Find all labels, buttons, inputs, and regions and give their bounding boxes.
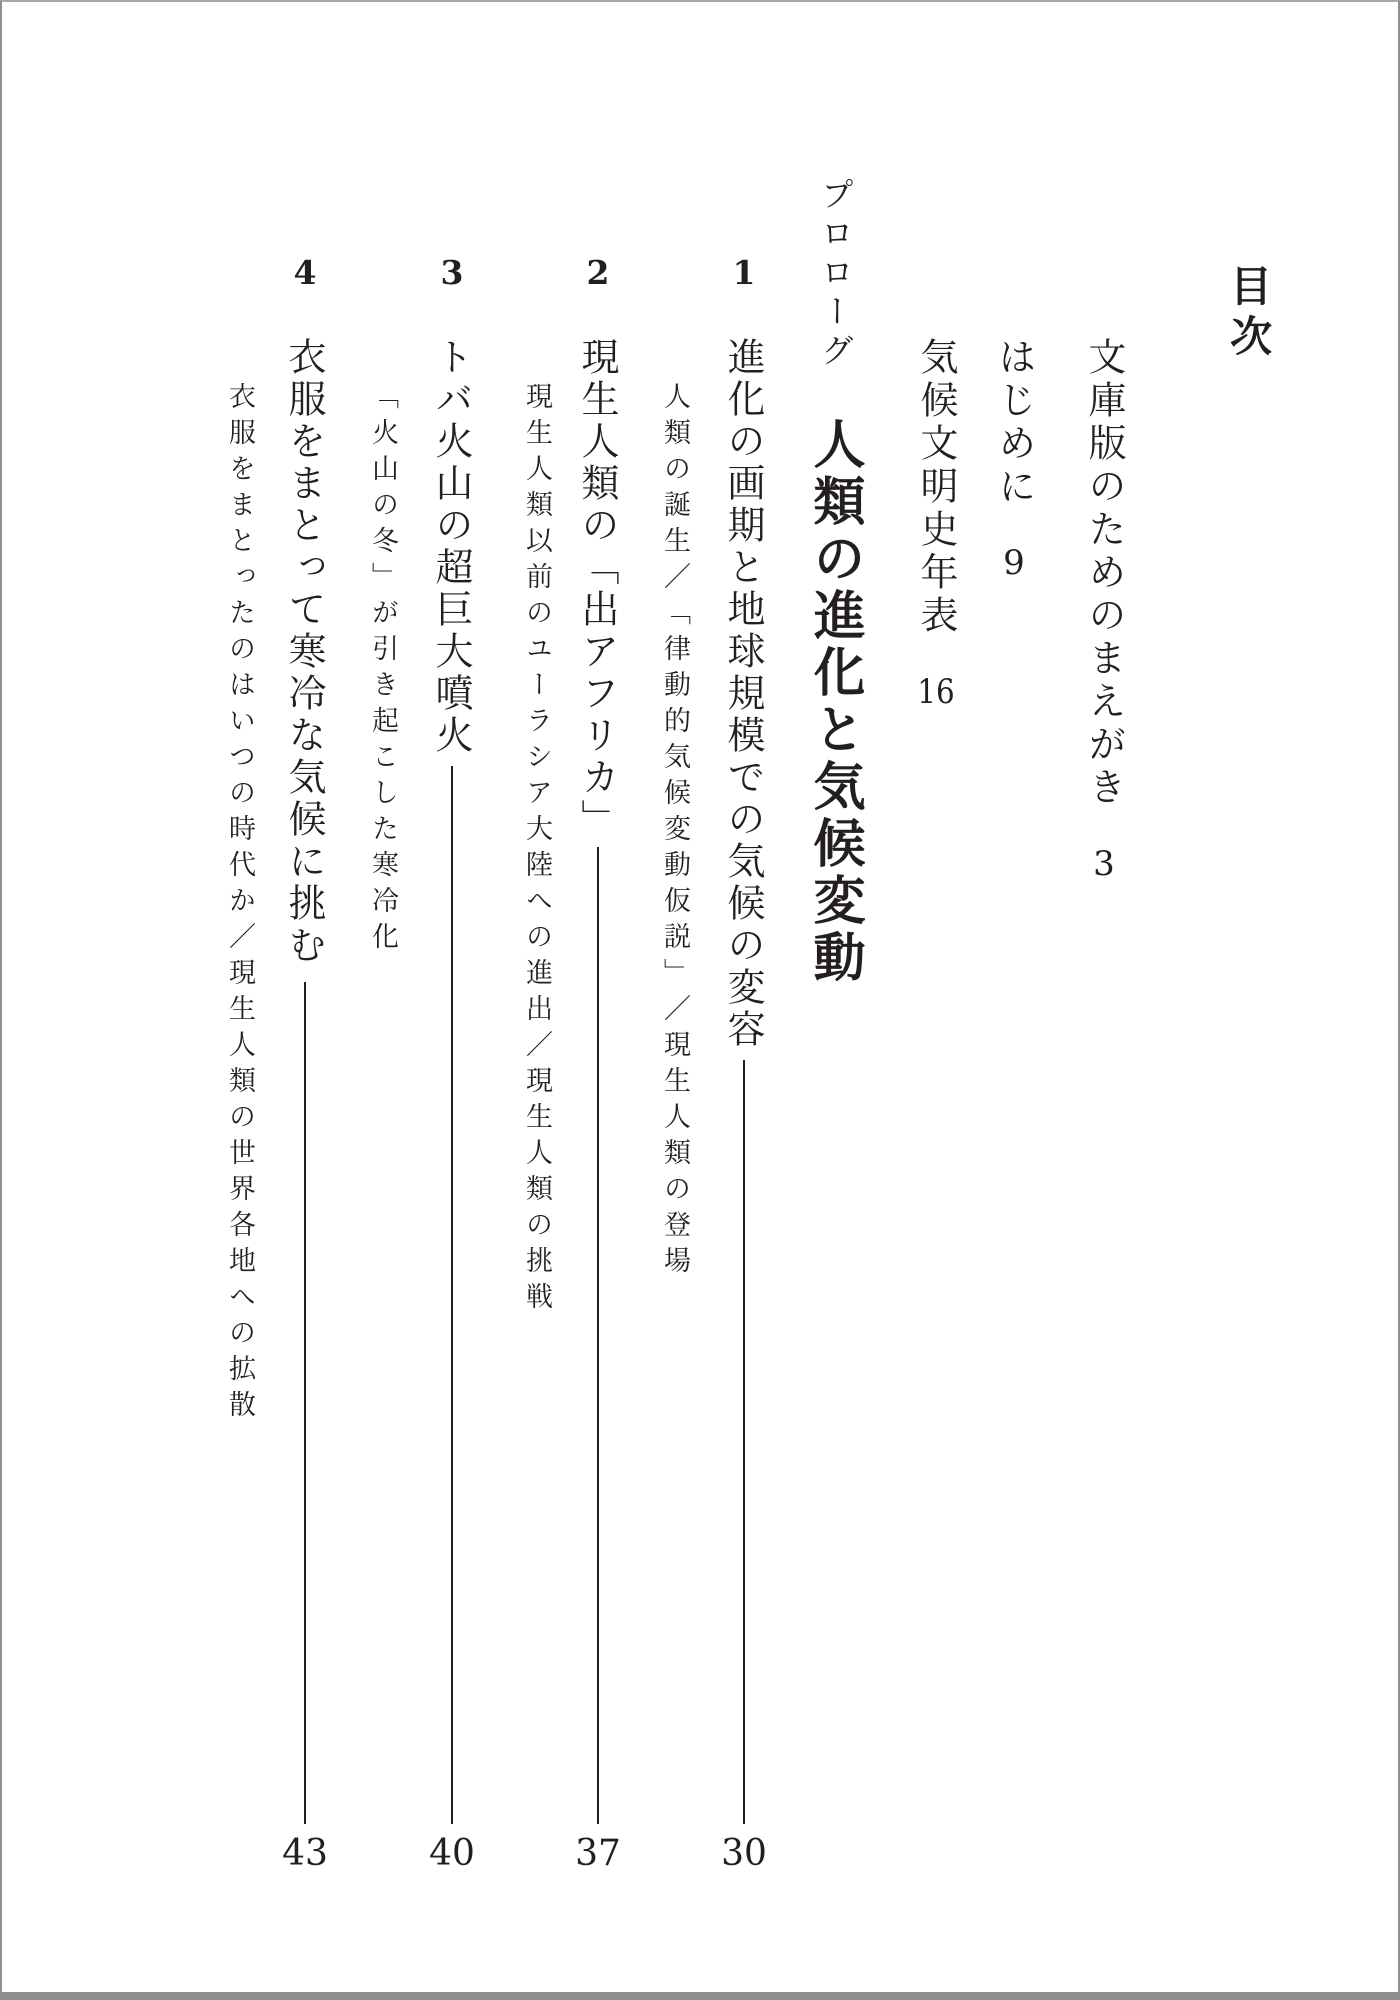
toc-entry-label: はじめに xyxy=(992,337,1036,509)
page-number: 16 xyxy=(916,675,956,709)
page-number: 40 xyxy=(407,1836,497,1872)
section-subtitle: 「火山の冬」が引き起こした寒冷化 xyxy=(369,382,396,958)
section-number: 2 xyxy=(558,256,638,289)
page-number: 30 xyxy=(699,1836,789,1872)
page-number: 37 xyxy=(553,1836,643,1872)
toc-title: 目次 xyxy=(1227,264,1269,364)
prologue-title: 人類の進化と気候変動 xyxy=(808,417,860,987)
section-title: 進化の画期と地球規模での気候の変容 xyxy=(724,337,762,1051)
section-title: 現生人類の「出アフリカ」 xyxy=(578,337,616,841)
book-toc-page: 目次 文庫版のためのまえがき3 はじめに9 気候文明史年表16 プロローグ 人類… xyxy=(0,0,1400,2000)
toc-entry-introduction: はじめに9 xyxy=(995,337,1033,580)
section-number: 4 xyxy=(265,256,345,289)
section-subtitle: 人類の誕生／「律動的気候変動仮説」／現生人類の登場 xyxy=(661,382,688,1282)
section-subtitle: 現生人類以前のユーラシア大陸への進出／現生人類の挑戦 xyxy=(523,382,550,1318)
leader-line xyxy=(743,1060,745,1824)
toc-entry-label: 気候文明史年表 xyxy=(914,337,958,638)
page-number: 9 xyxy=(994,546,1034,580)
section-number: 3 xyxy=(412,256,492,289)
leader-line xyxy=(304,982,306,1824)
section-title: トバ火山の超巨大噴火 xyxy=(432,337,470,757)
prologue-kicker: プロローグ xyxy=(819,177,852,372)
section-number: 1 xyxy=(704,256,784,289)
toc-entry-chronology: 気候文明史年表16 xyxy=(917,337,955,709)
leader-line xyxy=(597,847,599,1824)
section-title: 衣服をまとって寒冷な気候に挑む xyxy=(285,337,323,967)
section-subtitle: 衣服をまとったのはいつの時代か／現生人類の世界各地への拡散 xyxy=(226,382,253,1426)
toc-entry-label: 文庫版のためのまえがき xyxy=(1082,337,1126,810)
toc-entry-preface: 文庫版のためのまえがき3 xyxy=(1085,337,1123,881)
leader-line xyxy=(451,766,453,1824)
page-number: 3 xyxy=(1084,847,1124,881)
page-number: 43 xyxy=(260,1836,350,1872)
